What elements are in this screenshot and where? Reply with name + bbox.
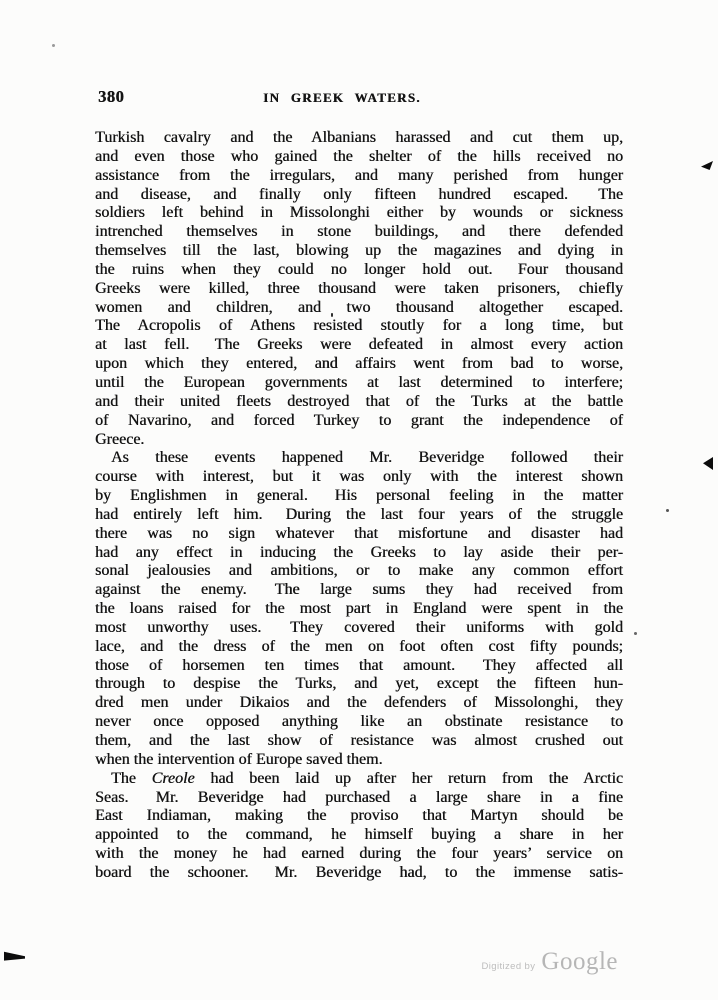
scan-speck bbox=[331, 313, 333, 317]
text-line: Turkish cavalry and the Albanians harass… bbox=[95, 129, 623, 148]
italic-text: Creole bbox=[152, 770, 195, 787]
paragraph: The Creole had been laid up after her re… bbox=[95, 770, 623, 883]
text-line: and even those who gained the shelter of… bbox=[95, 148, 623, 167]
text-line: The Creole had been laid up after her re… bbox=[95, 770, 623, 789]
text-segment: The bbox=[111, 770, 152, 787]
text-line: soldiers left behind in Missolonghi eith… bbox=[95, 204, 623, 223]
text-line: assistance from the irregulars, and many… bbox=[95, 167, 623, 186]
text-line: those of horsemen ten times that amount.… bbox=[95, 657, 623, 676]
text-line: The Acropolis of Athens resisted stoutly… bbox=[95, 317, 623, 336]
text-line: themselves till the last, blowing up the… bbox=[95, 242, 623, 261]
scan-speck bbox=[666, 509, 669, 512]
text-line: had any effect in inducing the Greeks to… bbox=[95, 544, 623, 563]
text-line: course with interest, but it was only wi… bbox=[95, 468, 623, 487]
text-line: lace, and the dress of the men on foot o… bbox=[95, 638, 623, 657]
text-line: had entirely left him. During the last f… bbox=[95, 506, 623, 525]
text-line: never once opposed anything like an obst… bbox=[95, 713, 623, 732]
text-line: the loans raised for the most part in En… bbox=[95, 600, 623, 619]
paragraph: Turkish cavalry and the Albanians harass… bbox=[95, 129, 623, 449]
text-line: when the intervention of Europe saved th… bbox=[95, 751, 623, 770]
text-line: Greece. bbox=[95, 431, 623, 450]
text-line: women and children, and two thousand alt… bbox=[95, 299, 623, 318]
text-line: appointed to the command, he himself buy… bbox=[95, 826, 623, 845]
watermark-prefix-text: Digitized by bbox=[481, 961, 535, 972]
text-line: East Indiaman, making the proviso that M… bbox=[95, 807, 623, 826]
scanned-book-page: 380 IN GREEK WATERS. Turkish cavalry and… bbox=[0, 0, 718, 1000]
running-title: IN GREEK WATERS. bbox=[78, 90, 606, 106]
text-segment: had been laid up after her return from t… bbox=[195, 770, 623, 787]
text-line: most unworthy uses. They covered their u… bbox=[95, 619, 623, 638]
google-logo: Google bbox=[541, 948, 618, 976]
scan-speck bbox=[52, 44, 55, 47]
running-head: 380 IN GREEK WATERS. bbox=[95, 87, 623, 107]
text-line: and their united fleets destroyed that o… bbox=[95, 393, 623, 412]
text-line: by Englishmen in general. His personal f… bbox=[95, 487, 623, 506]
text-line: the ruins when they could no longer hold… bbox=[95, 261, 623, 280]
text-line: and disease, and finally only fifteen hu… bbox=[95, 186, 623, 205]
text-line: As these events happened Mr. Beveridge f… bbox=[95, 449, 623, 468]
text-line: with the money he had earned during the … bbox=[95, 845, 623, 864]
scan-speck bbox=[634, 632, 637, 635]
page-text: Turkish cavalry and the Albanians harass… bbox=[95, 129, 623, 883]
text-line: Seas. Mr. Beveridge had purchased a larg… bbox=[95, 789, 623, 808]
text-line: until the European governments at last d… bbox=[95, 374, 623, 393]
text-line: there was no sign whatever that misfortu… bbox=[95, 525, 623, 544]
text-line: at last fell. The Greeks were defeated i… bbox=[95, 336, 623, 355]
text-line: against the enemy. The large sums they h… bbox=[95, 581, 623, 600]
text-line: intrenched themselves in stone buildings… bbox=[95, 223, 623, 242]
digitized-by-google-watermark: Digitized by Google bbox=[481, 948, 618, 976]
text-line: board the schooner. Mr. Beveridge had, t… bbox=[95, 864, 623, 883]
text-line: through to despise the Turks, and yet, e… bbox=[95, 675, 623, 694]
margin-arrow-mark-icon bbox=[701, 161, 713, 170]
paragraph: As these events happened Mr. Beveridge f… bbox=[95, 449, 623, 769]
text-line: sonal jealousies and ambitions, or to ma… bbox=[95, 562, 623, 581]
text-line: Greeks were killed, three thousand were … bbox=[95, 280, 623, 299]
text-line: them, and the last show of resistance wa… bbox=[95, 732, 623, 751]
text-line: dred men under Dikaios and the defenders… bbox=[95, 694, 623, 713]
margin-arrow-mark-icon bbox=[703, 457, 713, 470]
ink-wedge-mark-icon bbox=[4, 951, 25, 961]
text-line: upon which they entered, and affairs wen… bbox=[95, 355, 623, 374]
text-line: of Navarino, and forced Turkey to grant … bbox=[95, 412, 623, 431]
